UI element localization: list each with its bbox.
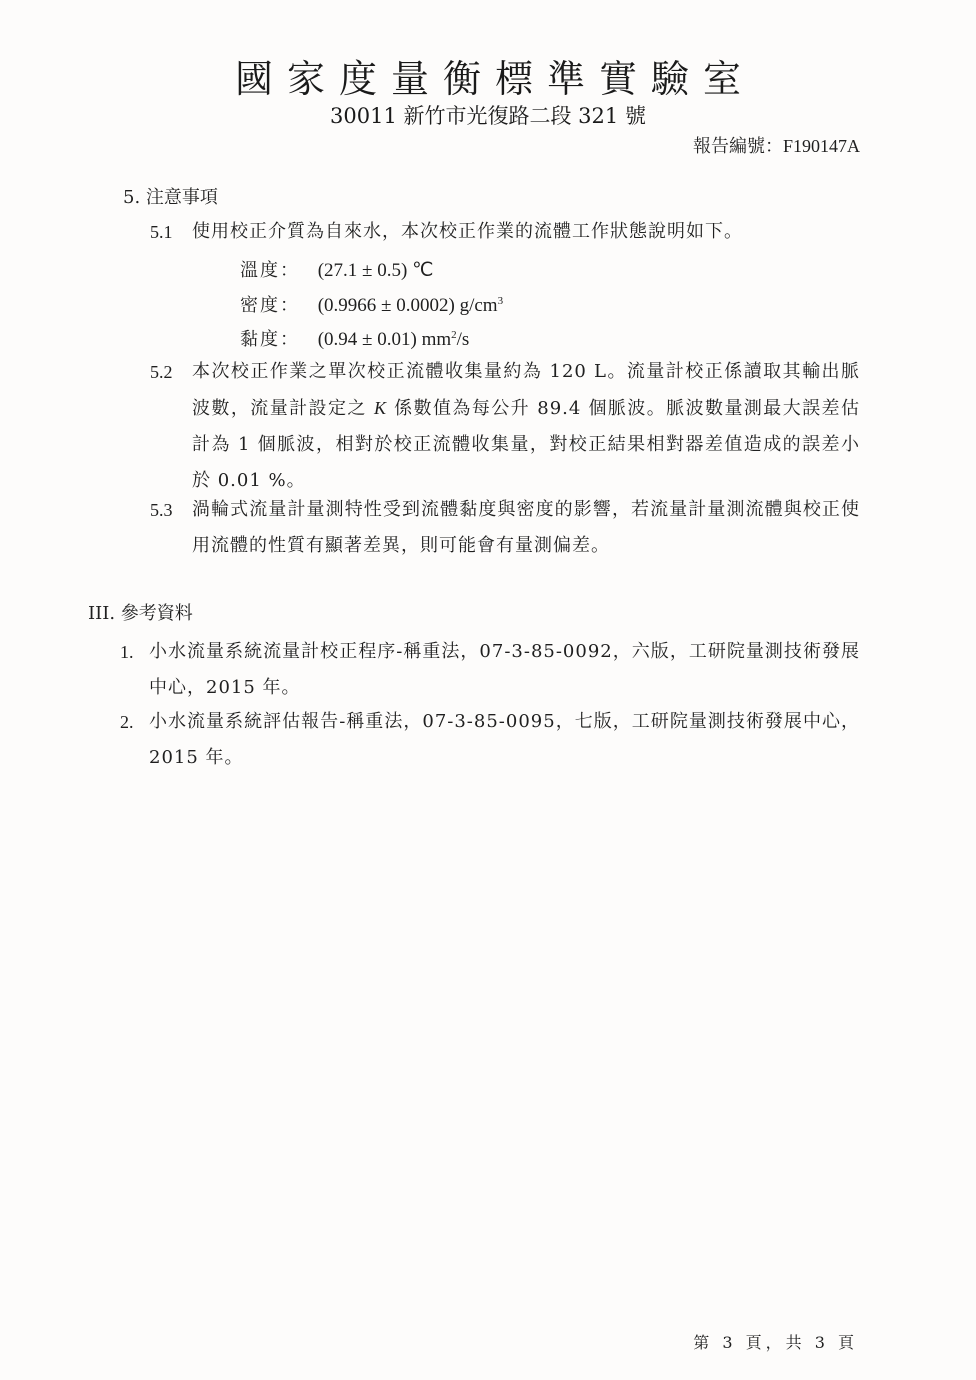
condition-temperature: 溫度： (27.1 ± 0.5) ℃ — [240, 256, 433, 282]
report-number: 報告編號：F190147A — [693, 132, 860, 158]
note-item-5-1: 5.1 使用校正介質為自來水，本次校正作業的流體工作狀態說明如下。 — [150, 214, 860, 250]
item-text: 渦輪式流量計量測特性受到流體黏度與密度的影響，若流量計量測流體與校正使用流體的性… — [192, 492, 860, 564]
condition-value: (0.9966 ± 0.0002) g/cm3 — [318, 295, 503, 316]
condition-label: 溫度： — [240, 256, 312, 282]
reference-text: 小水流量系統評估報告-稱重法，07-3-85-0095，七版，工研院量測技術發展… — [149, 704, 860, 776]
condition-label: 黏度： — [240, 325, 312, 351]
reference-number: 2. — [120, 704, 134, 740]
section-heading-notes: 5. 注意事項 — [123, 180, 218, 216]
condition-label: 密度： — [240, 291, 312, 317]
section-heading-references: III. 參考資料 — [88, 596, 193, 632]
k-factor-symbol: K — [374, 398, 387, 418]
condition-value: (0.94 ± 0.01) mm2/s — [318, 329, 470, 350]
report-number-value: F190147A — [783, 136, 860, 156]
note-item-5-2: 5.2 本次校正作業之單次校正流體收集量約為 120 L。流量計校正係讀取其輸出… — [150, 354, 860, 499]
organization-title: 國家度量衡標準實驗室 — [0, 48, 976, 103]
condition-density: 密度： (0.9966 ± 0.0002) g/cm3 — [240, 291, 503, 317]
viscosity-unit-suffix: /s — [457, 329, 470, 350]
item-number: 5.3 — [150, 492, 173, 528]
reference-item-2: 2. 小水流量系統評估報告-稱重法，07-3-85-0095，七版，工研院量測技… — [120, 704, 860, 776]
report-number-label: 報告編號： — [693, 136, 783, 157]
density-exponent: 3 — [498, 295, 504, 307]
note-item-5-3: 5.3 渦輪式流量計量測特性受到流體黏度與密度的影響，若流量計量測流體與校正使用… — [150, 492, 860, 564]
page-indicator: 第 3 頁，共 3 頁 — [693, 1330, 858, 1353]
item-text: 本次校正作業之單次校正流體收集量約為 120 L。流量計校正係讀取其輸出脈波數，… — [192, 354, 860, 499]
density-value: (0.9966 ± 0.0002) g/cm — [318, 295, 498, 316]
item-number: 5.2 — [150, 354, 173, 390]
reference-number: 1. — [120, 634, 134, 670]
condition-viscosity: 黏度： (0.94 ± 0.01) mm2/s — [240, 325, 469, 351]
condition-value: (27.1 ± 0.5) ℃ — [318, 260, 434, 281]
reference-text: 小水流量系統流量計校正程序-稱重法，07-3-85-0092，六版，工研院量測技… — [149, 634, 860, 706]
item-number: 5.1 — [150, 214, 173, 250]
organization-address: 30011 新竹市光復路二段 321 號 — [0, 100, 976, 130]
reference-item-1: 1. 小水流量系統流量計校正程序-稱重法，07-3-85-0092，六版，工研院… — [120, 634, 860, 706]
item-text: 使用校正介質為自來水，本次校正作業的流體工作狀態說明如下。 — [192, 214, 860, 250]
viscosity-value: (0.94 ± 0.01) mm — [318, 329, 451, 350]
